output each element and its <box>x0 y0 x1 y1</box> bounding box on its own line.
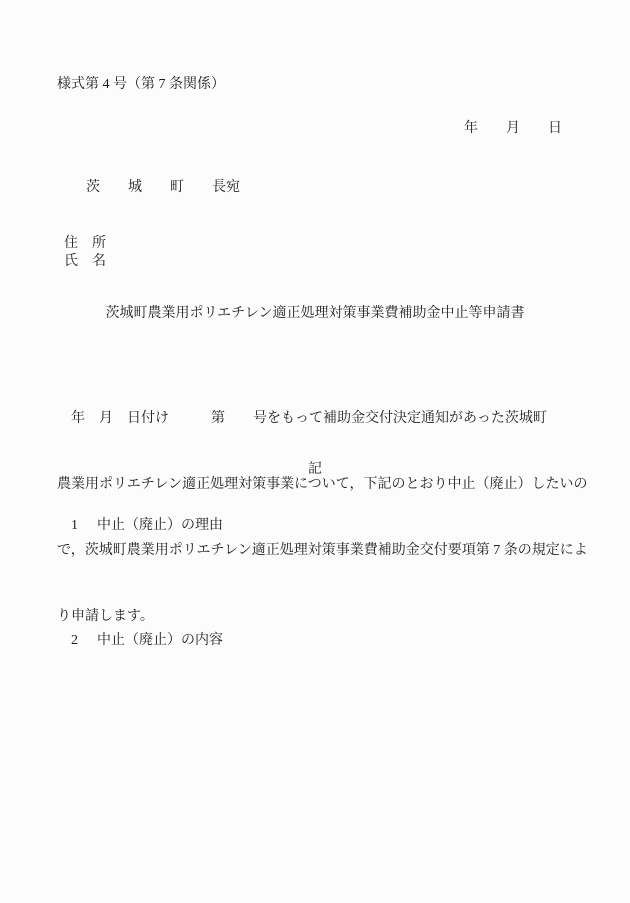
form-number: 様式第 4 号（第 7 条関係） <box>57 77 225 94</box>
sender-address-label: 住 所 <box>64 236 106 253</box>
item-1-number: 1 <box>71 518 78 535</box>
list-item-content: 2中止（廃止）の内容 <box>57 616 223 666</box>
document-title: 茨城町農業用ポリエチレン適正処理対策事業費補助金中止等申請書 <box>0 306 630 323</box>
addressee-line: 茨 城 町 長宛 <box>86 180 240 197</box>
list-item-reason: 1中止（廃止）の理由 <box>57 501 223 551</box>
item-2-number: 2 <box>71 633 78 650</box>
date-line: 年 月 日 <box>464 121 562 138</box>
item-2-label: 中止（廃止）の内容 <box>97 633 223 650</box>
record-heading: 記 <box>0 462 630 479</box>
sender-name-label: 氏 名 <box>64 254 106 271</box>
document-page: 様式第 4 号（第 7 条関係） 年 月 日 茨 城 町 長宛 住 所 氏 名 … <box>0 0 630 903</box>
item-1-label: 中止（廃止）の理由 <box>97 518 223 535</box>
body-line-1: 年 月 日付け 第 号をもって補助金交付決定通知があった茨城町 <box>57 408 591 430</box>
